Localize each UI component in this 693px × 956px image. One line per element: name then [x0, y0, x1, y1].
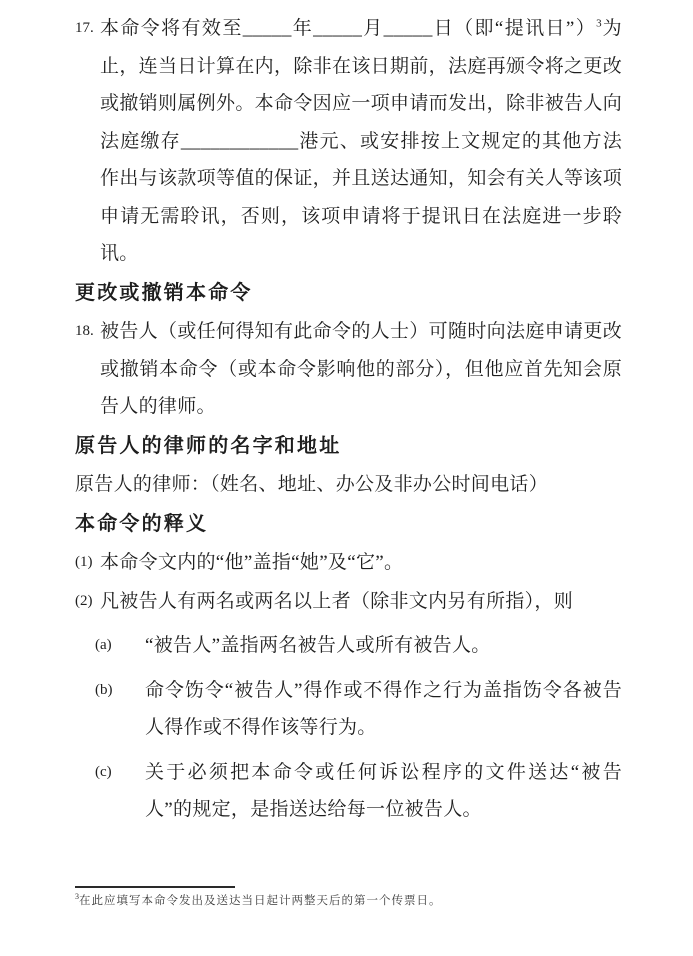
interpretation-clause-2-text: 凡被告人有两名或两名以上者（除非文内另有所指），则	[100, 591, 573, 612]
interpretation-clause-1-text: 本命令文内的“他”盖指“她”及“它”。	[100, 552, 403, 573]
clause-17-text-after-footnote-ref: 为止，连当日计算在内，除非在该日期前，法庭再颁令将之更改或撤销则属例外。本命令因…	[100, 18, 622, 264]
solicitor-details-line: 原告人的律师：（姓名、地址、办公及非办公时间电话）	[75, 466, 622, 504]
interpretation-clause-2: (2) 凡被告人有两名或两名以上者（除非文内另有所指），则	[75, 583, 622, 621]
interpretation-subclause-c-number: (c)	[95, 754, 112, 792]
clause-17: 17. 本命令将有效至_____年_____月_____日（即“提讯日”）3为止…	[75, 10, 622, 273]
interpretation-subclause-b: (b) 命令饬令“被告人”得作或不得作之行为盖指饬令各被告人得作或不得作该等行为…	[95, 672, 622, 747]
interpretation-subclause-b-text: 命令饬令“被告人”得作或不得作之行为盖指饬令各被告人得作或不得作该等行为。	[145, 680, 622, 739]
footnote-3-text: 在此应填写本命令发出及送达当日起计两整天后的第一个传票日。	[79, 895, 442, 907]
heading-variation-or-discharge: 更改或撤销本命令	[75, 275, 622, 313]
document-body: 17. 本命令将有效至_____年_____月_____日（即“提讯日”）3为止…	[75, 10, 622, 829]
heading-solicitor-name-address: 原告人的律师的名字和地址	[75, 428, 622, 466]
clause-17-text-before-footnote-ref: 本命令将有效至_____年_____月_____日（即“提讯日”）	[100, 18, 596, 39]
interpretation-subclause-a-text: “被告人”盖指两名被告人或所有被告人。	[145, 635, 491, 656]
footnote-3: 3在此应填写本命令发出及送达当日起计两整天后的第一个传票日。	[75, 894, 635, 909]
court-order-document-page: 17. 本命令将有效至_____年_____月_____日（即“提讯日”）3为止…	[0, 0, 693, 956]
clause-17-number: 17.	[75, 10, 94, 48]
interpretation-subclause-a: (a) “被告人”盖指两名被告人或所有被告人。	[95, 627, 622, 665]
interpretation-subclause-b-number: (b)	[95, 672, 113, 710]
interpretation-clause-1-number: (1)	[75, 544, 93, 582]
clause-18: 18. 被告人（或任何得知有此命令的人士）可随时向法庭申请更改或撤销本命令（或本…	[75, 313, 622, 426]
footnote-separator-rule	[75, 886, 235, 888]
heading-interpretation: 本命令的释义	[75, 506, 622, 544]
interpretation-subclause-c: (c) 关于必须把本命令或任何诉讼程序的文件送达“被告人”的规定，是指送达给每一…	[95, 754, 622, 829]
clause-18-number: 18.	[75, 313, 94, 351]
clause-18-text: 被告人（或任何得知有此命令的人士）可随时向法庭申请更改或撤销本命令（或本命令影响…	[100, 321, 622, 417]
interpretation-clause-1: (1) 本命令文内的“他”盖指“她”及“它”。	[75, 544, 622, 582]
interpretation-subclause-c-text: 关于必须把本命令或任何诉讼程序的文件送达“被告人”的规定，是指送达给每一位被告人…	[145, 762, 622, 821]
interpretation-clause-2-number: (2)	[75, 583, 93, 621]
footnote-area: 3在此应填写本命令发出及送达当日起计两整天后的第一个传票日。	[75, 886, 635, 909]
interpretation-subclause-a-number: (a)	[95, 627, 112, 665]
